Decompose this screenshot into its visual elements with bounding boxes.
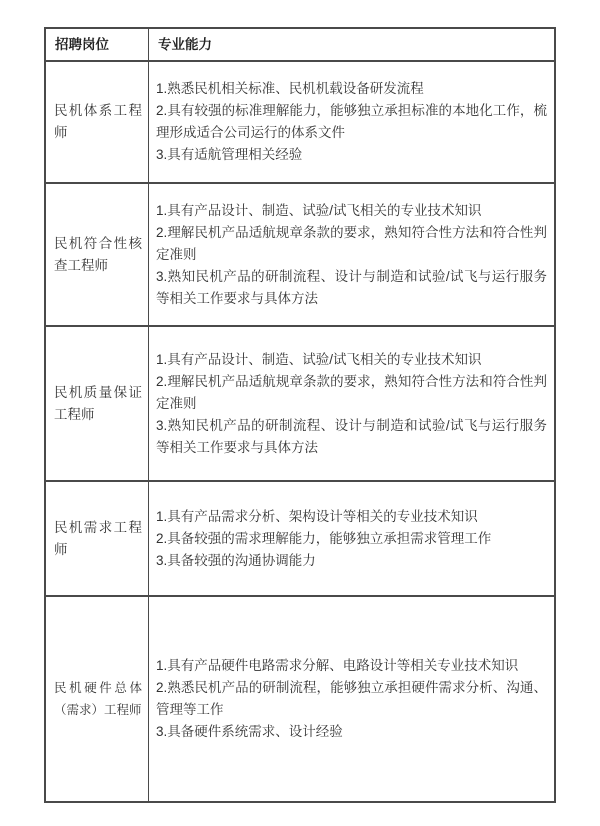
skill-item: 3.熟知民机产品的研制流程、设计与制造和试验/试飞与运行服务等相关工作要求与具体… [156, 415, 547, 459]
skills-cell: 1.具有产品需求分析、架构设计等相关的专业技术知识 2.具备较强的需求理解能力，… [148, 480, 554, 595]
skills-cell: 1.具有产品设计、制造、试验/试飞相关的专业技术知识 2.理解民机产品适航规章条… [148, 325, 554, 480]
skill-item: 3.具备硬件系统需求、设计经验 [156, 721, 547, 743]
header-cell-position: 招聘岗位 [46, 29, 148, 60]
skill-item: 3.熟知民机产品的研制流程、设计与制造和试验/试飞与运行服务等相关工作要求与具体… [156, 266, 547, 310]
recruitment-table: 招聘岗位 专业能力 民机体系工程师 1.熟悉民机相关标准、民机机载设备研发流程 … [44, 27, 556, 803]
skill-item: 1.具有产品硬件电路需求分解、电路设计等相关专业技术知识 [156, 655, 547, 677]
skill-item: 1.具有产品需求分析、架构设计等相关的专业技术知识 [156, 506, 547, 528]
skill-item: 2.理解民机产品适航规章条款的要求，熟知符合性方法和符合性判定准则 [156, 222, 547, 266]
position-cell: 民机符合性核查工程师 [46, 182, 148, 325]
skill-item: 2.理解民机产品适航规章条款的要求，熟知符合性方法和符合性判定准则 [156, 371, 547, 415]
skills-cell: 1.熟悉民机相关标准、民机机载设备研发流程 2.具有较强的标准理解能力，能够独立… [148, 60, 554, 182]
skills-cell: 1.具有产品硬件电路需求分解、电路设计等相关专业技术知识 2.熟悉民机产品的研制… [148, 595, 554, 801]
skill-item: 3.具有适航管理相关经验 [156, 144, 547, 166]
header-skills-label: 专业能力 [158, 34, 548, 56]
position-cell: 民机体系工程师 [46, 60, 148, 182]
skill-item: 1.具有产品设计、制造、试验/试飞相关的专业技术知识 [156, 349, 547, 371]
skills-cell: 1.具有产品设计、制造、试验/试飞相关的专业技术知识 2.理解民机产品适航规章条… [148, 182, 554, 325]
skill-item: 2.熟悉民机产品的研制流程，能够独立承担硬件需求分析、沟通、管理等工作 [156, 677, 547, 721]
header-cell-skills: 专业能力 [148, 29, 554, 60]
skill-item: 2.具有较强的标准理解能力，能够独立承担标准的本地化工作，梳理形成适合公司运行的… [156, 100, 547, 144]
header-position-label: 招聘岗位 [55, 34, 142, 56]
position-cell: 民机硬件总体（需求）工程师 [46, 595, 148, 801]
skill-item: 2.具备较强的需求理解能力，能够独立承担需求管理工作 [156, 528, 547, 550]
position-cell: 民机质量保证工程师 [46, 325, 148, 480]
skill-item: 3.具备较强的沟通协调能力 [156, 550, 547, 572]
skill-item: 1.熟悉民机相关标准、民机机载设备研发流程 [156, 78, 547, 100]
skill-item: 1.具有产品设计、制造、试验/试飞相关的专业技术知识 [156, 200, 547, 222]
position-cell: 民机需求工程师 [46, 480, 148, 595]
